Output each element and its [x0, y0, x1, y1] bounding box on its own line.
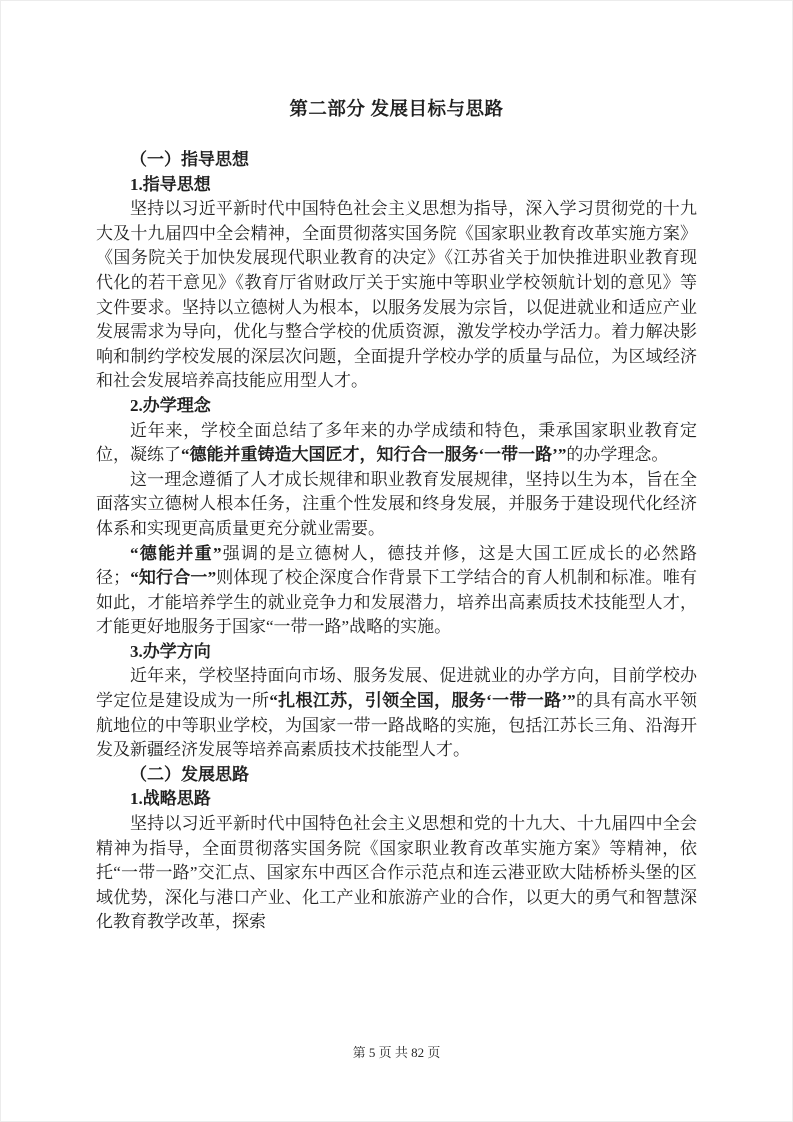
bold-text-run: “德能并重铸造大国匠才，知行合一服务‘一带一路’” — [181, 445, 566, 464]
text-run: 坚持以习近平新时代中国特色社会主义思想为指导，深入学习贯彻党的十九大及十九届四中… — [96, 199, 697, 390]
bold-text-run: （二）发展思路 — [130, 765, 249, 784]
paragraph: “德能并重”强调的是立德树人，德技并修，这是大国工匠成长的必然路径；“知行合一”… — [96, 542, 697, 640]
paragraph: 坚持以习近平新时代中国特色社会主义思想和党的十九大、十九届四中全会精神为指导，全… — [96, 812, 697, 935]
text-run: 这一理念遵循了人才成长规律和职业教育发展规律，坚持以生为本，旨在全面落实立德树人… — [96, 470, 697, 538]
paragraph: 近年来，学校坚持面向市场、服务发展、促进就业的办学方向，目前学校办学定位是建设成… — [96, 664, 697, 762]
section-heading: 3.办学方向 — [96, 640, 697, 665]
bold-text-run: 1.战略思路 — [130, 789, 211, 808]
bold-text-run: 3.办学方向 — [130, 642, 211, 661]
section-heading: 2.办学理念 — [96, 394, 697, 419]
paragraph: 坚持以习近平新时代中国特色社会主义思想为指导，深入学习贯彻党的十九大及十九届四中… — [96, 197, 697, 394]
text-run: 坚持以习近平新时代中国特色社会主义思想和党的十九大、十九届四中全会精神为指导，全… — [96, 814, 697, 931]
bold-text-run: “德能并重” — [130, 544, 221, 563]
bold-text-run: （一）指导思想 — [130, 150, 249, 169]
text-run: 的办学理念。 — [566, 445, 668, 464]
document-title: 第二部分 发展目标与思路 — [96, 97, 697, 123]
section-heading: 1.战略思路 — [96, 787, 697, 812]
page-number-footer: 第 5 页 共 82 页 — [0, 1045, 793, 1061]
section-heading: （二）发展思路 — [96, 763, 697, 788]
bold-text-run: 2.办学理念 — [130, 396, 211, 415]
section-heading: 1.指导思想 — [96, 173, 697, 198]
document-body: （一）指导思想1.指导思想坚持以习近平新时代中国特色社会主义思想为指导，深入学习… — [96, 148, 697, 935]
document-page: 第二部分 发展目标与思路 （一）指导思想1.指导思想坚持以习近平新时代中国特色社… — [0, 0, 793, 1122]
bold-text-run: “知行合一” — [130, 568, 216, 587]
bold-text-run: “扎根江苏，引领全国，服务‘一带一路’” — [269, 691, 575, 710]
paragraph: 近年来，学校全面总结了多年来的办学成绩和特色，秉承国家职业教育定位，凝练了“德能… — [96, 419, 697, 468]
paragraph: 这一理念遵循了人才成长规律和职业教育发展规律，坚持以生为本，旨在全面落实立德树人… — [96, 468, 697, 542]
section-heading: （一）指导思想 — [96, 148, 697, 173]
bold-text-run: 1.指导思想 — [130, 175, 211, 194]
